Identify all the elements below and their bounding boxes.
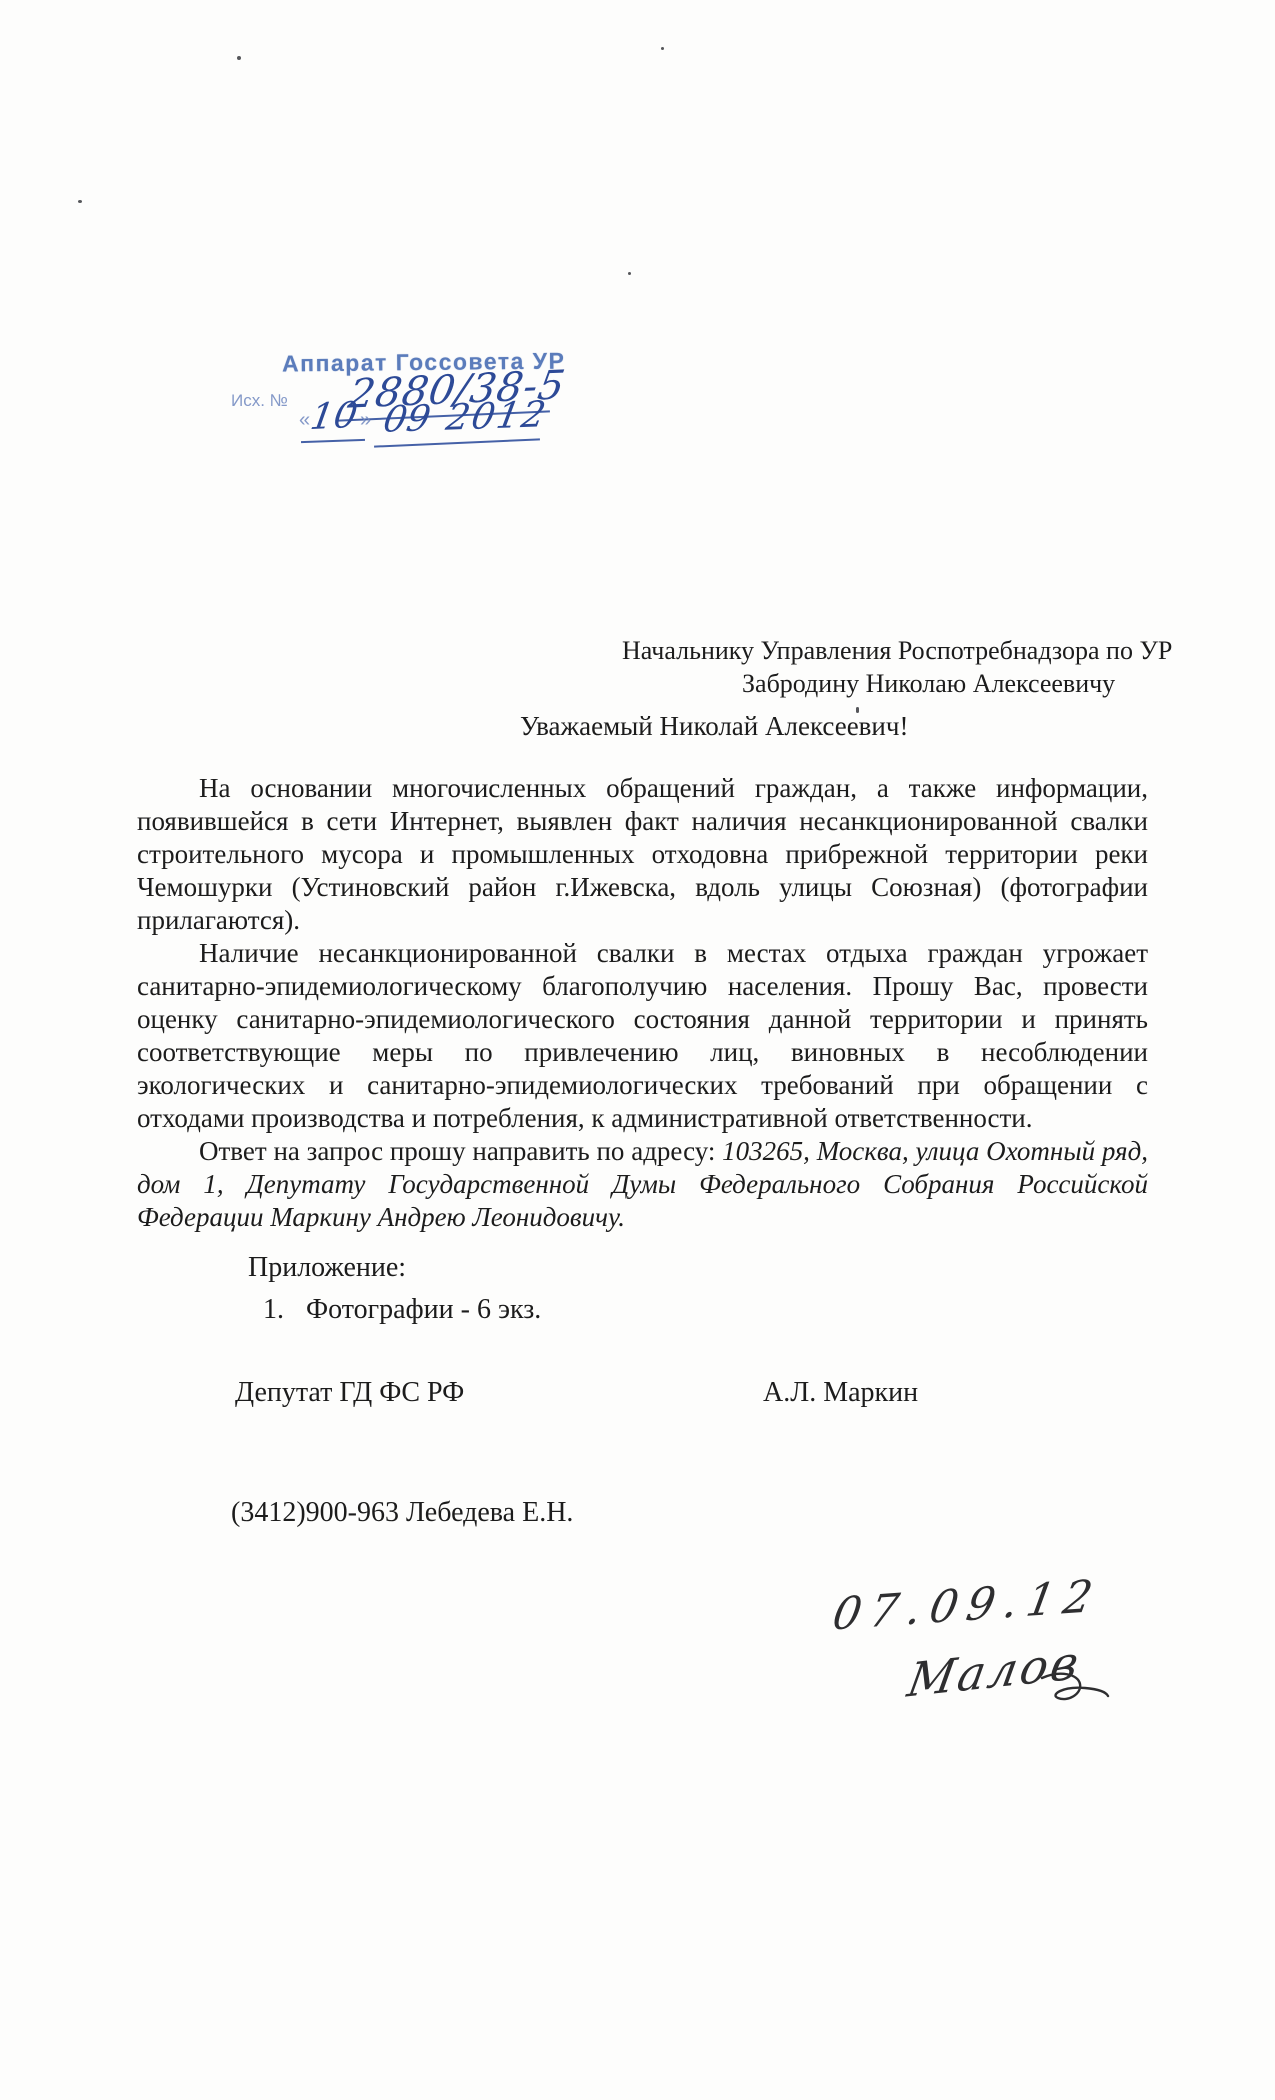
signer-name: А.Л. Маркин	[763, 1377, 918, 1409]
stamp-date-month: 09	[380, 398, 433, 441]
recipient-name: Забродину Николаю Алексеевичу	[742, 669, 1115, 699]
stamp-outgoing-number-label: Исх. №	[231, 391, 288, 411]
paragraph-reply-address: Ответ на запрос прошу направить по адрес…	[137, 1135, 1148, 1234]
scan-speck	[78, 200, 82, 203]
attachment-label: Приложение:	[248, 1252, 406, 1284]
attachment-item-number: 1.	[263, 1294, 284, 1325]
scan-speck	[237, 56, 241, 60]
letter-body: На основании многочисленных обращений гр…	[137, 772, 1148, 1234]
stamp-underline	[301, 439, 365, 443]
salutation: Уважаемый Николай Алексеевич!	[520, 711, 908, 742]
attachment-item: 1.Фотографии - 6 экз.	[263, 1294, 541, 1326]
signature-flourish	[1040, 1668, 1110, 1708]
stamp-quote-close: »	[360, 409, 371, 432]
attachment-item-text: Фотографии - 6 экз.	[306, 1294, 541, 1325]
signer-position: Депутат ГД ФС РФ	[235, 1377, 464, 1409]
reply-address-intro: Ответ на запрос прошу направить по адрес…	[199, 1136, 722, 1166]
executor-contact: (3412)900-963 Лебедева Е.Н.	[231, 1497, 573, 1529]
stamp-date-day: 10	[307, 395, 360, 438]
scanned-letter-page: Аппарат Госсовета УР Исх. № 2880/38-5 « …	[0, 0, 1275, 2100]
stamp-date-year: 2012	[443, 394, 551, 438]
paragraph-request: Наличие несанкционированной свалки в мес…	[137, 937, 1148, 1135]
recipient-title: Начальнику Управления Роспотребнадзора п…	[622, 636, 1172, 666]
scan-speck	[661, 47, 664, 50]
scan-speck	[628, 272, 631, 275]
paragraph-dump-report: На основании многочисленных обращений гр…	[137, 772, 1148, 937]
handwritten-date: 07.09.12	[829, 1570, 1105, 1640]
